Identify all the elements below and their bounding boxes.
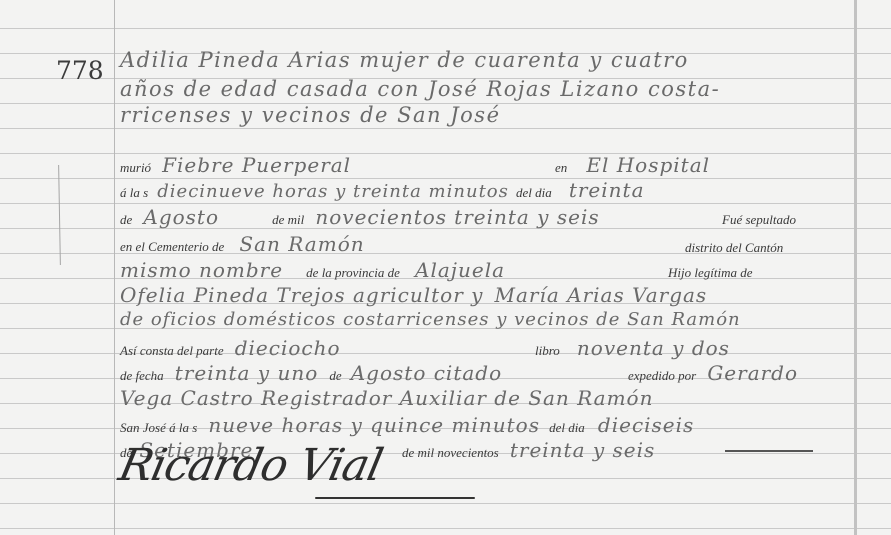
row-cause: murió Fiebre Puerperal bbox=[120, 153, 351, 177]
libro-label: libro bbox=[535, 343, 560, 358]
row-time: á la s diecinueve horas y treinta minuto… bbox=[120, 178, 645, 202]
sepultado-label: Fué sepultado bbox=[722, 212, 796, 228]
margin-pencil-mark bbox=[58, 165, 61, 265]
place-of-death: El Hospital bbox=[586, 153, 710, 177]
entry-number: 778 bbox=[56, 56, 104, 85]
en-label: en bbox=[555, 160, 567, 175]
signature-underline bbox=[315, 497, 475, 499]
libro-number: noventa y dos bbox=[577, 336, 730, 360]
row-record-year: de mil novecientos treinta y seis bbox=[402, 438, 655, 462]
header-line-2: años de edad casada con José Rojas Lizan… bbox=[120, 77, 720, 101]
a-las-label: á la s bbox=[120, 185, 148, 200]
mother-name: María Arias Vargas bbox=[495, 283, 708, 307]
cementerio-label: en el Cementerio de bbox=[120, 239, 224, 254]
province-name: Alajuela bbox=[415, 258, 505, 282]
del-dia-label: del dia bbox=[516, 185, 552, 200]
record-time: nueve horas y quince minutos bbox=[208, 413, 540, 437]
canton-name: mismo nombre bbox=[120, 258, 283, 282]
cemetery-name: San Ramón bbox=[239, 232, 364, 256]
cause-of-death: Fiebre Puerperal bbox=[162, 153, 351, 177]
header-line-3: rricenses y vecinos de San José bbox=[120, 103, 501, 127]
de-mil-label: de mil bbox=[272, 212, 304, 227]
header-line-1: Adilia Pineda Arias mujer de cuarenta y … bbox=[120, 48, 689, 72]
time-of-death: diecinueve horas y treinta minutos bbox=[157, 181, 509, 202]
parents-info: de oficios domésticos costarricenses y v… bbox=[120, 309, 741, 330]
parte-number: dieciocho bbox=[235, 336, 341, 360]
hijo-label: Hijo legítima de bbox=[668, 265, 753, 281]
murio-label: murió bbox=[120, 160, 151, 175]
row-cemetery: en el Cementerio de San Ramón bbox=[120, 232, 365, 256]
row-parents: Ofelia Pineda Trejos agricultor y María … bbox=[120, 283, 707, 307]
year-part-1: novecientos bbox=[315, 205, 447, 229]
consta-label: Así consta del parte bbox=[120, 343, 224, 358]
record-de-mil-label: de mil novecientos bbox=[402, 445, 499, 460]
fecha-month: Agosto citado bbox=[351, 361, 502, 385]
issuer-details: Vega Castro Registrador Auxiliar de San … bbox=[120, 386, 653, 410]
left-margin-line bbox=[114, 0, 115, 535]
day-of-death: treinta bbox=[569, 178, 645, 202]
row-date: de Agosto de mil novecientos treinta y s… bbox=[120, 205, 600, 229]
record-year: treinta y seis bbox=[510, 438, 655, 462]
ledger-page: 778 Adilia Pineda Arias mujer de cuarent… bbox=[0, 0, 891, 535]
row-parte: Así consta del parte dieciocho bbox=[120, 336, 341, 360]
distrito-label: distrito del Cantón bbox=[685, 240, 783, 256]
row-record-time: San José á la s nueve horas y quince min… bbox=[120, 413, 694, 437]
row-province: mismo nombre de la provincia de Alajuela bbox=[120, 258, 505, 282]
record-day: dieciseis bbox=[598, 413, 694, 437]
month-of-death: Agosto bbox=[143, 205, 219, 229]
row-expedido: expedido por Gerardo bbox=[628, 361, 798, 385]
right-margin-line bbox=[854, 0, 857, 535]
row-libro: libro noventa y dos bbox=[535, 336, 730, 360]
issuer-first-name: Gerardo bbox=[707, 361, 798, 385]
fecha-de-label: de bbox=[329, 368, 341, 383]
fecha-day: treinta y uno bbox=[175, 361, 319, 385]
registrar-signature: Ricardo Vial bbox=[115, 440, 387, 491]
row-fecha: de fecha treinta y uno de Agosto citado bbox=[120, 361, 502, 385]
fecha-label: de fecha bbox=[120, 368, 164, 383]
de-label: de bbox=[120, 212, 132, 227]
year-part-2: treinta y seis bbox=[454, 205, 599, 229]
san-jose-label: San José á la s bbox=[120, 420, 197, 435]
provincia-label: de la provincia de bbox=[306, 265, 400, 280]
line-end-dash bbox=[725, 450, 813, 452]
expedido-label: expedido por bbox=[628, 368, 696, 383]
row-place: en El Hospital bbox=[555, 153, 710, 177]
father-name: Ofelia Pineda Trejos agricultor y bbox=[120, 283, 483, 307]
record-del-dia-label: del dia bbox=[549, 420, 585, 435]
